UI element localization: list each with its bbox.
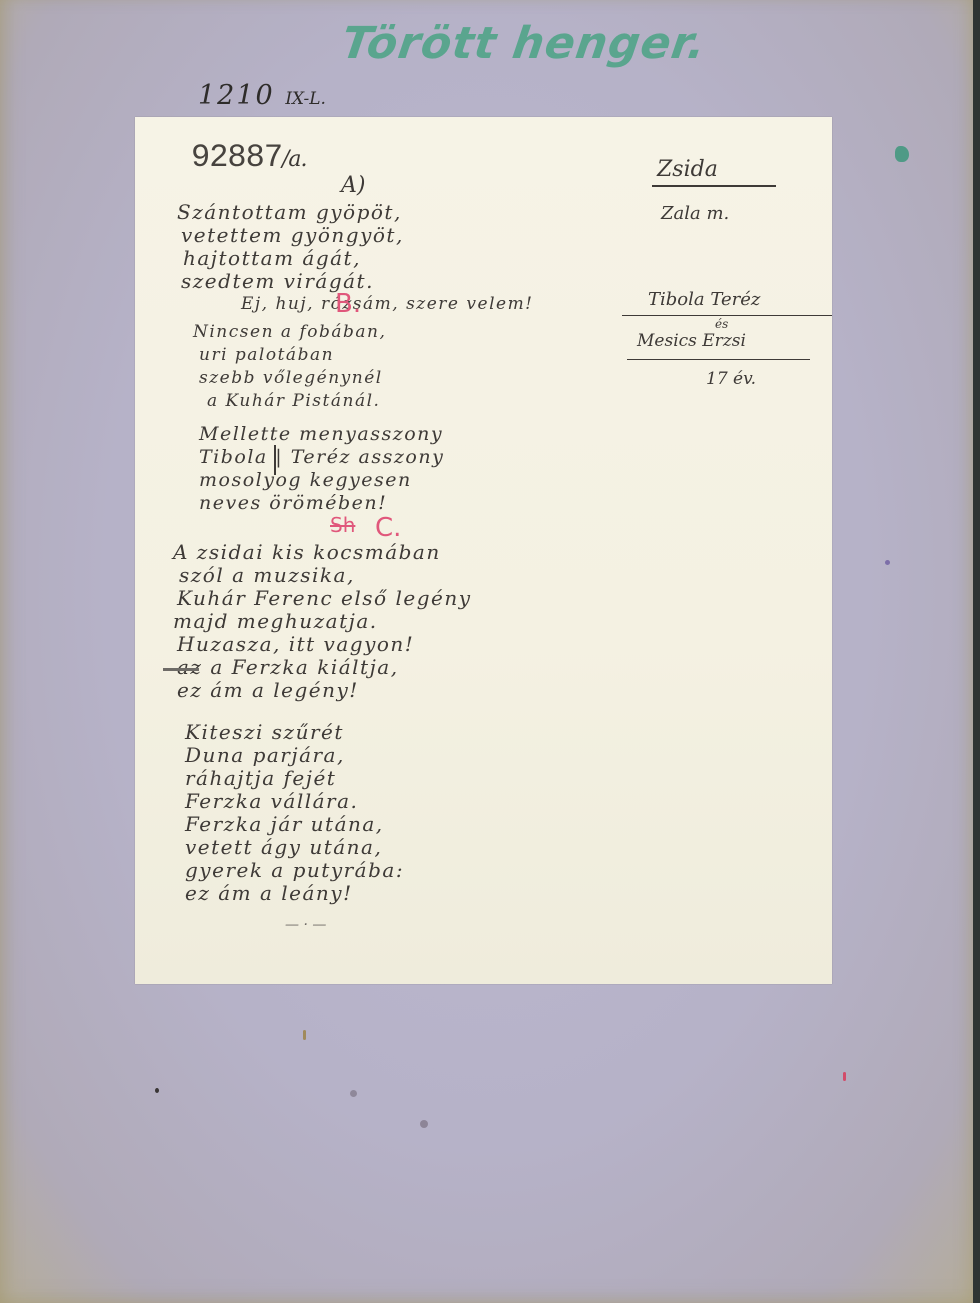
stamp-number: 92887 [191,139,282,176]
board-title: Törött henger. [338,18,709,69]
verse-line: A zsidai kis kocsmában [173,541,472,564]
singer-1: Tibola Teréz [648,289,760,310]
divider-mark [274,445,276,475]
end-mark: — · — [285,917,326,933]
board-speck [155,1088,159,1093]
verse-line: Szántottam gyöpöt, [177,201,534,224]
stamp-suffix: /a. [282,147,307,172]
manuscript-sheet: 92887/a. A) Szántottam gyöpöt, vetettem … [135,117,832,984]
singer-2: Mesics Erzsi [637,331,746,351]
section-c-mark: Sh [330,513,355,537]
verse-line: neves örömében! [199,492,444,515]
board-speck [843,1072,846,1081]
catalog-subnote: IX-L. [285,89,326,109]
verse-line: szebb vőlegénynél [199,367,386,390]
verse-c: A zsidai kis kocsmában szól a muzsika, K… [173,541,472,702]
verse-b: Nincsen a fobában, uri palotában szebb v… [193,321,386,413]
catalog-note: 1210 IX-L. [198,80,326,111]
section-a-label: A) [341,173,365,198]
underline [622,315,832,316]
verse-line: Duna parjára, [185,744,404,767]
verse-line: Ferzka jár utána, [185,813,404,836]
ink-blot [895,146,909,162]
verse-line: gyerek a putyrába: [185,859,404,882]
underline [627,359,810,360]
verse-line: Kuhár Ferenc első legény [177,587,472,610]
verse-line: majd meghuzatja. [173,610,472,633]
underline [652,185,776,187]
verse-line: vetett ágy utána, [185,836,404,859]
verse-line: ráhajtja fejét [185,767,404,790]
section-b-label: B. [335,289,361,319]
verse-line: szól a muzsika, [179,564,472,587]
conjunction: és [715,317,728,331]
verse-line: Kiteszi szűrét [185,721,404,744]
verse-b2: Mellette menyasszony Tibola | Teréz assz… [199,423,444,515]
place-name: Zsida [657,157,718,182]
board-speck [420,1120,428,1128]
verse-line: Nincsen a fobában, [193,321,386,344]
inventory-stamp: 92887/a. [191,139,307,176]
verse-line: mosolyog kegyesen [199,469,444,492]
verse-line: Huzasza, itt vagyon! [177,633,472,656]
verse-line: Mellette menyasszony [199,423,444,446]
verse-line: vetettem gyöngyöt, [181,224,534,247]
section-c-label: C. [375,513,401,543]
board-speck [885,560,890,565]
verse-line: a Kuhár Pistánál. [207,390,386,413]
county-name: Zala m. [661,203,729,224]
verse-line: hajtottam ágát, [183,247,534,270]
board-speck [303,1030,306,1040]
verse-line: ez ám a leány! [185,882,404,905]
board-speck [350,1090,357,1097]
verse-line: az a Ferzka kiáltja, [177,656,472,679]
verse-c2: Kiteszi szűrét Duna parjára, ráhajtja fe… [185,721,404,905]
verse-line: Ferzka vállára. [185,790,404,813]
strikethrough-mark [163,668,199,671]
singer-age: 17 év. [706,369,756,389]
verse-line: ez ám a legény! [177,679,472,702]
mounting-board: Törött henger. 1210 IX-L. 92887/a. A) Sz… [0,0,973,1303]
verse-line: Ej, huj, rózsám, szere velem! [241,293,534,316]
verse-line: uri palotában [199,344,386,367]
catalog-number: 1210 [198,80,275,111]
verse-line: Tibola | Teréz asszony [199,446,444,469]
